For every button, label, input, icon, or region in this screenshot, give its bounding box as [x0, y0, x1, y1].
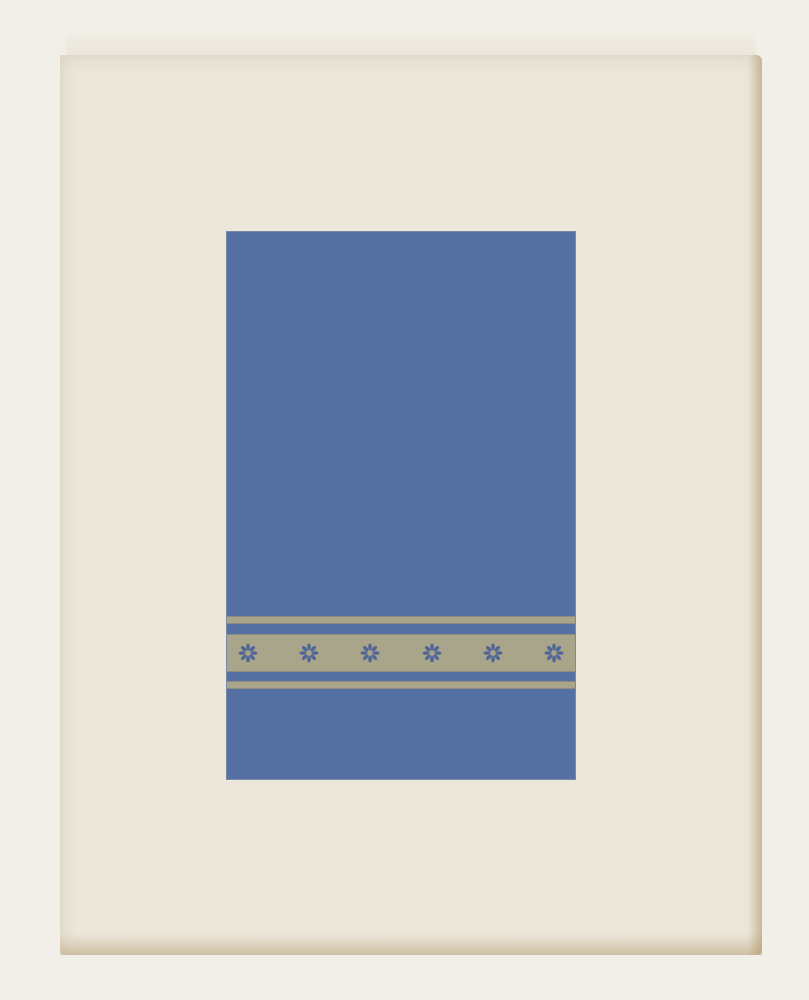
rosette-icon: [421, 642, 443, 664]
gold-rosette-band: [227, 634, 575, 672]
rosette-icon: [298, 642, 320, 664]
blue-design-panel: [226, 231, 576, 780]
rosette-icon: [237, 642, 259, 664]
gold-stripe-top: [227, 616, 575, 624]
rosette-icon: [543, 642, 565, 664]
sheet-stained-edge-bottom: [60, 933, 762, 955]
rosette-icon: [482, 642, 504, 664]
gold-stripe-bottom: [227, 681, 575, 689]
rosette-icon: [359, 642, 381, 664]
sheet-stained-edge-right: [748, 55, 762, 955]
mount-top-strip: [66, 34, 756, 56]
